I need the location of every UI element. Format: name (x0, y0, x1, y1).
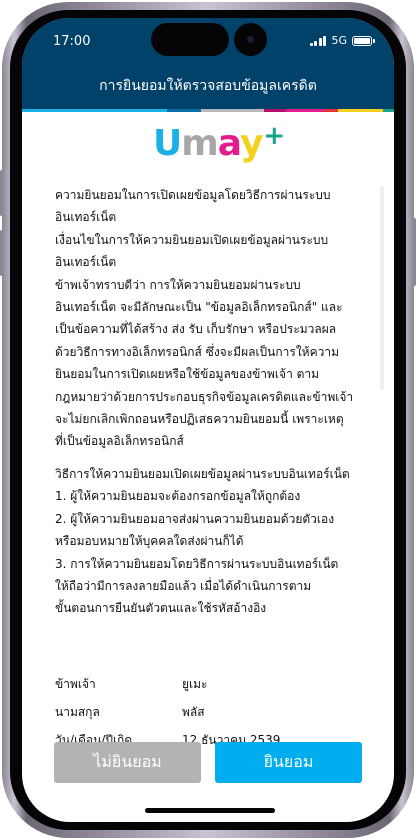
info-label: ข้าพเจ้า (55, 675, 182, 694)
consent-line: อินเทอร์เน็ต จะมีลักษณะเป็น "ข้อมูลอิเล็… (55, 296, 367, 318)
consent-line: อินเทอร์เน็ต (55, 206, 367, 228)
consent-line: ที่เป็นข้อมูลอิเล็กทรอนิกส์ (55, 430, 367, 452)
consent-line: ด้วยวิธีการทางอิเล็กทรอนิกส์ ซึ่งจะมีผลเ… (55, 341, 367, 363)
consent-line: วิธีการให้ความยินยอมเปิดเผยข้อมูลผ่านระบ… (55, 463, 367, 485)
volume-up-button (0, 170, 3, 216)
consent-paragraph: ความยินยอมในการเปิดเผยข้อมูลโดยวิธีการผ่… (55, 184, 367, 453)
info-label: นามสกุล (55, 703, 182, 722)
umay-plus-logo: Umay+ (153, 122, 284, 166)
dynamic-island (151, 23, 229, 56)
page-title: การยินยอมให้ตรวจสอบข้อมูลเครดิต (22, 75, 394, 97)
consent-line: จะไม่ยกเลิกเพิกถอนหรือปฏิเสธความยินยอมนี… (55, 408, 367, 430)
logo-letter: a (218, 123, 240, 164)
status-time: 17:00 (53, 34, 90, 49)
accept-button[interactable]: ยินยอม (215, 742, 362, 783)
info-value: ยูเมะ (182, 675, 208, 694)
consent-line: กฎหมายว่าด้วยการประกอบธุรกิจข้อมูลเครดิต… (55, 386, 367, 408)
consent-line: ข้าพเจ้าทราบดีว่า การให้ความยินยอมผ่านระ… (55, 274, 367, 296)
consent-line: 1. ผู้ให้ความยินยอมจะต้องกรอกข้อมูลให้ถู… (55, 485, 367, 507)
consent-line: ความยินยอมในการเปิดเผยข้อมูลโดยวิธีการผ่… (55, 184, 367, 206)
logo-letter: y (240, 123, 262, 164)
info-value: พลัส (182, 703, 205, 722)
consent-line: เงื่อนไขในการให้ความยินยอมเปิดเผยข้อมูลผ… (55, 229, 367, 251)
home-indicator[interactable] (145, 808, 275, 813)
consent-line: ขั้นตอนการยืนยันตัวตนและใช้รหัสอ้างอิง (55, 597, 367, 619)
decline-button[interactable]: ไม่ยินยอม (54, 742, 201, 783)
consent-line: หรือมอบหมายให้บุคคลใดส่งผ่านก็ได้ (55, 530, 367, 552)
consent-line: ให้ถือว่ามีการลงลายมือแล้ว เมื่อได้ดำเนิ… (55, 575, 367, 597)
consent-paragraph: วิธีการให้ความยินยอมเปิดเผยข้อมูลผ่านระบ… (55, 463, 367, 620)
status-icons: 5G (310, 34, 372, 47)
action-bar: ไม่ยินยอม ยินยอม (22, 742, 394, 786)
logo-letter: m (181, 123, 218, 164)
logo-letter: U (153, 123, 181, 164)
front-camera (234, 23, 267, 56)
consent-text: ความยินยอมในการเปิดเผยข้อมูลโดยวิธีการผ่… (55, 184, 367, 630)
signal-icon (310, 36, 327, 46)
logo-plus-icon: + (263, 121, 284, 151)
consent-content: Umay+ ความยินยอมในการเปิดเผยข้อมูลโดยวิธ… (22, 112, 394, 742)
consent-line: ยินยอมในการเปิดเผยหรือใช้ข้อมูลของข้าพเจ… (55, 363, 367, 385)
scrollbar[interactable] (380, 186, 384, 390)
info-row: ข้าพเจ้ายูเมะ (55, 670, 355, 698)
screen: 17:00 5G การยินยอมให้ตรวจสอบข้อมูลเครดิต… (22, 18, 394, 822)
consent-line: 2. ผู้ให้ความยินยอมอาจส่งผ่านความยินยอมด… (55, 508, 367, 530)
consent-line: อินเทอร์เน็ต (55, 251, 367, 273)
info-row: นามสกุลพลัส (55, 698, 355, 726)
consent-line: เป็นข้อความที่ได้สร้าง ส่ง รับ เก็บรักษา… (55, 318, 367, 340)
consent-line: 3. การให้ความยินยอมโดยวิธีการผ่านระบบอิน… (55, 553, 367, 575)
app-header: 17:00 5G การยินยอมให้ตรวจสอบข้อมูลเครดิต (22, 18, 394, 109)
battery-icon (352, 36, 372, 46)
volume-down-button (0, 230, 3, 276)
network-label: 5G (331, 34, 347, 47)
